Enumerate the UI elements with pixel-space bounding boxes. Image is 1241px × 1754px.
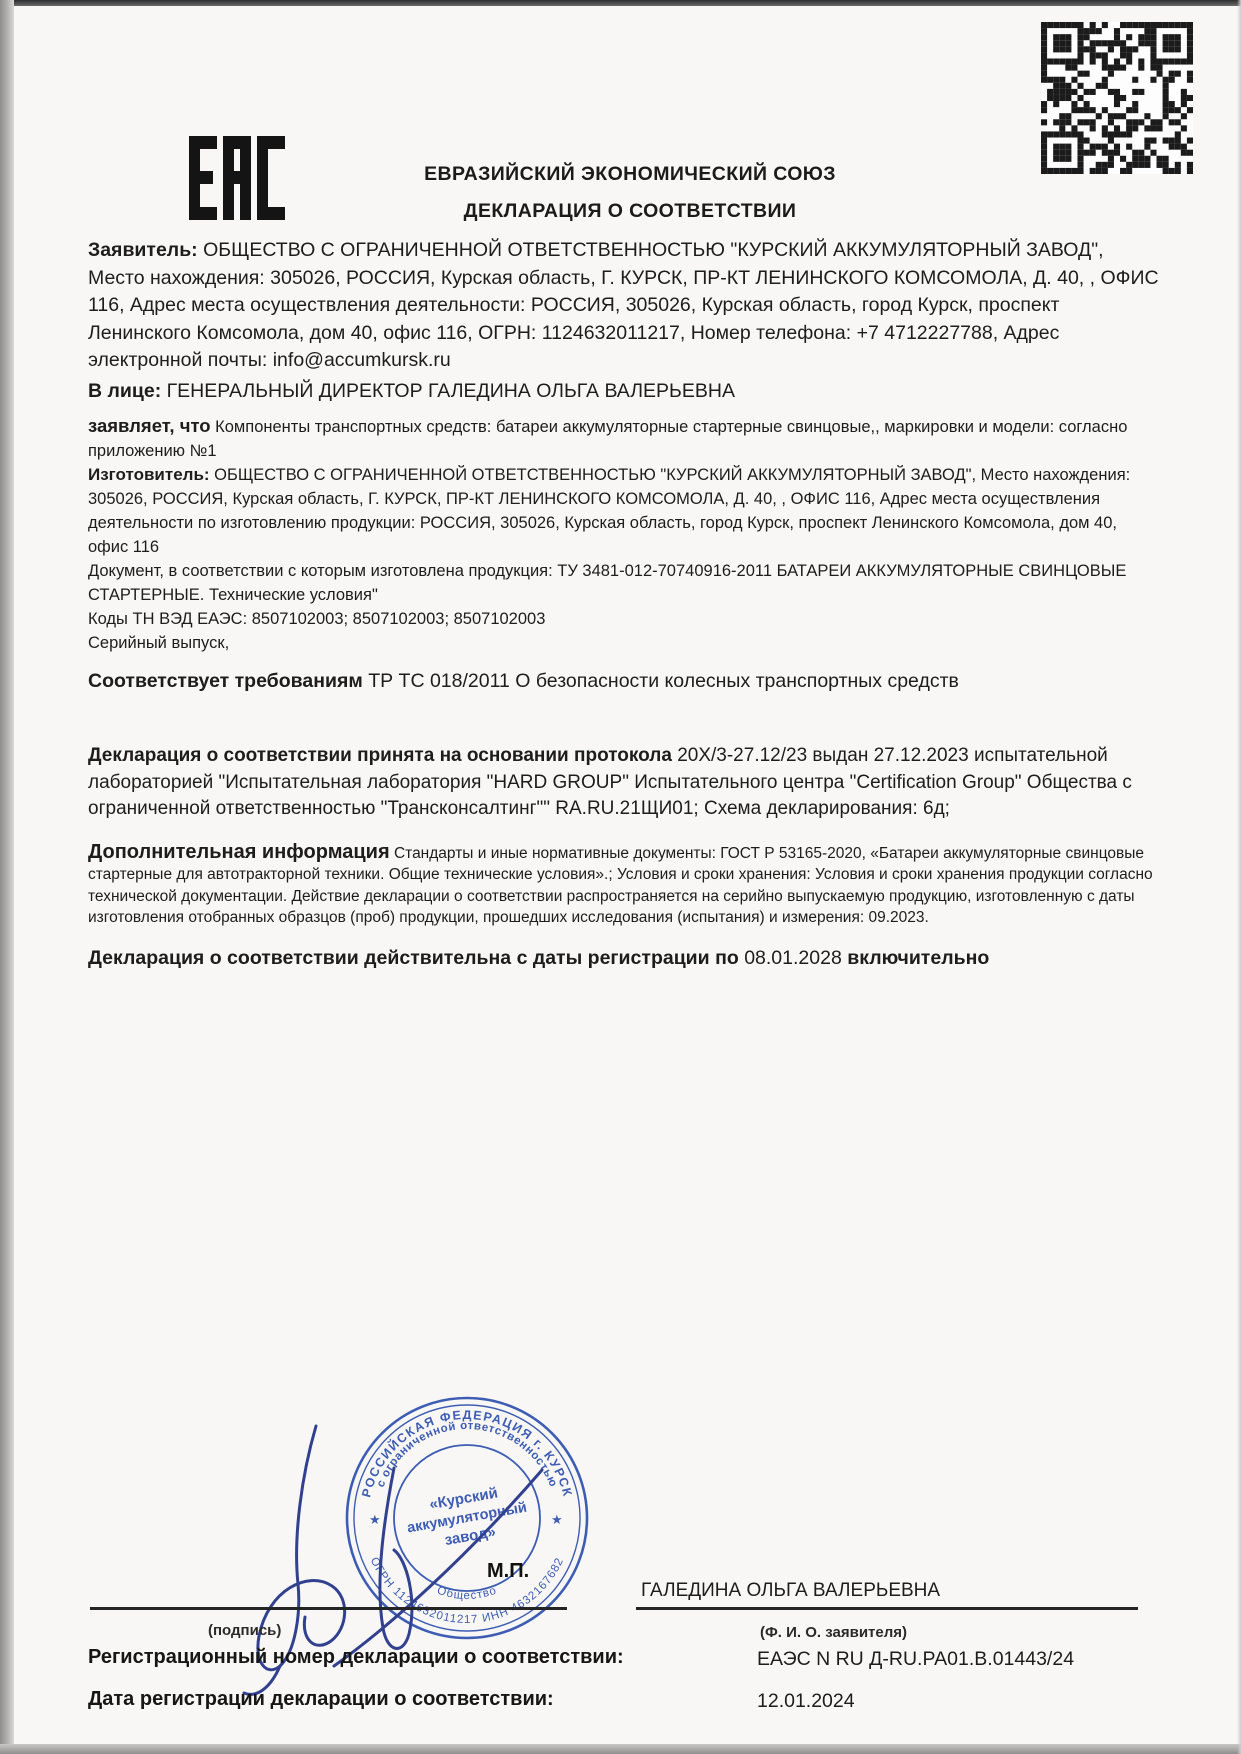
declares-paragraph: заявляет, что Компоненты транспортных ср…: [88, 414, 1160, 463]
manufacturer-label: Изготовитель:: [88, 465, 210, 484]
registration-date-value: 12.01.2024: [757, 1690, 855, 1713]
document-body: Заявитель: ОБЩЕСТВО С ОГРАНИЧЕННОЙ ОТВЕТ…: [88, 237, 1160, 992]
manufacturer-text: ОБЩЕСТВО С ОГРАНИЧЕННОЙ ОТВЕТСТВЕННОСТЬЮ…: [88, 466, 1130, 556]
document-title: ДЕКЛАРАЦИЯ О СООТВЕТСТВИИ: [120, 200, 1140, 223]
declares-text: Компоненты транспортных средств: батареи…: [88, 418, 1127, 460]
validity-paragraph: Декларация о соответствии действительна …: [88, 944, 1160, 972]
scan-edge-bottom: [0, 1744, 1241, 1754]
scan-edge-top: [0, 0, 1241, 6]
applicant-text: ОБЩЕСТВО С ОГРАНИЧЕННОЙ ОТВЕТСТВЕННОСТЬЮ…: [88, 239, 1159, 371]
compliance-text: ТР ТС 018/2011 О безопасности колесных т…: [363, 670, 959, 692]
signer-name: ГАЛЕДИНА ОЛЬГА ВАЛЕРЬЕВНА: [641, 1580, 940, 1602]
registration-number-label: Регистрационный номер декларации о соотв…: [88, 1646, 624, 1669]
declares-label: заявляет, что: [88, 415, 211, 436]
name-caption: (Ф. И. О. заявителя): [760, 1624, 907, 1641]
manufacturer-paragraph: Изготовитель: ОБЩЕСТВО С ОГРАНИЧЕННОЙ ОТ…: [88, 463, 1160, 559]
name-line: [636, 1607, 1138, 1610]
applicant-label: Заявитель:: [88, 239, 198, 261]
compliance-paragraph: Соответствует требованиям ТР ТС 018/2011…: [88, 668, 1160, 695]
compliance-label: Соответствует требованиям: [88, 670, 363, 692]
product-document-line: Документ, в соответствии с которым изгот…: [88, 559, 1160, 607]
additional-info-label: Дополнительная информация: [88, 841, 390, 863]
in-person-paragraph: В лице: ГЕНЕРАЛЬНЫЙ ДИРЕКТОР ГАЛЕДИНА ОЛ…: [88, 378, 1160, 406]
validity-label: Декларация о соответствии действительна …: [88, 947, 744, 969]
basis-label: Декларация о соответствии принята на осн…: [88, 745, 672, 766]
additional-info-paragraph: Дополнительная информация Стандарты и ин…: [88, 842, 1160, 929]
applicant-paragraph: Заявитель: ОБЩЕСТВО С ОГРАНИЧЕННОЙ ОТВЕТ…: [88, 237, 1160, 375]
qr-code: [1041, 22, 1193, 174]
validity-suffix: включительно: [842, 947, 989, 969]
document-header: ЕВРАЗИЙСКИЙ ЭКОНОМИЧЕСКИЙ СОЮЗ ДЕКЛАРАЦИ…: [120, 163, 1140, 223]
registration-date-label: Дата регистрации декларации о соответств…: [88, 1688, 554, 1711]
scan-edge-left: [0, 0, 14, 1754]
validity-date: 08.01.2028: [744, 947, 842, 969]
basis-paragraph: Декларация о соответствии принята на осн…: [88, 743, 1160, 823]
union-title: ЕВРАЗИЙСКИЙ ЭКОНОМИЧЕСКИЙ СОЮЗ: [120, 163, 1140, 186]
stamp-place-label: М.П.: [487, 1560, 529, 1583]
serial-release-line: Серийный выпуск,: [88, 631, 1160, 655]
scanned-declaration-page: { "header": { "union_title": "ЕВРАЗИЙСКИ…: [0, 0, 1241, 1754]
signature-caption: (подпись): [208, 1622, 281, 1639]
signature-line: [90, 1607, 567, 1610]
registration-number-value: ЕАЭС N RU Д-RU.РА01.В.01443/24: [757, 1648, 1074, 1671]
scan-edge-right: [1237, 0, 1241, 1754]
in-person-text: ГЕНЕРАЛЬНЫЙ ДИРЕКТОР ГАЛЕДИНА ОЛЬГА ВАЛЕ…: [161, 380, 735, 402]
in-person-label: В лице:: [88, 380, 161, 402]
tnved-codes-line: Коды ТН ВЭД ЕАЭС: 8507102003; 8507102003…: [88, 607, 1160, 631]
